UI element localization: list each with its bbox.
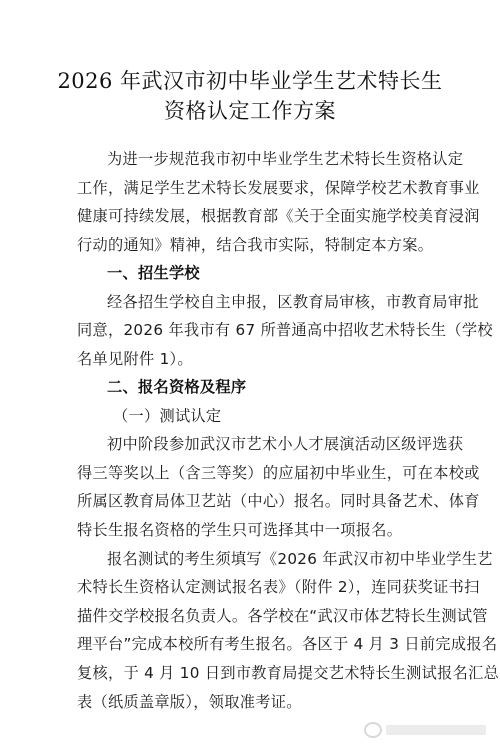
section-2-para-1-line: 得三等奖以上（含三等奖）的应届初中毕业生，可在本校或 bbox=[77, 459, 417, 488]
section-2-para-2-line: 描件交学校报名负责人。各学校在“武汉市体艺特长生测试管 bbox=[77, 602, 417, 631]
section-2-para-1-line: 特长生报名资格的学生只可选择其中一项报名。 bbox=[77, 516, 417, 545]
intro-line: 行动的通知》精神，结合我市实际，特制定本方案。 bbox=[77, 231, 417, 260]
section-2-para-2-line: 理平台”完成本校所有考生报名。各区于 4 月 3 日前完成报名 bbox=[77, 630, 417, 659]
section-1-line: 同意，2026 年我市有 67 所普通高中招收艺术特长生（学校 bbox=[77, 316, 417, 345]
section-2-para-2-line: 表（纸质盖章版），领取准考证。 bbox=[77, 688, 417, 717]
section-1-heading: 一、招生学校 bbox=[77, 259, 417, 288]
section-2-para-2-line: 复核，于 4 月 10 日到市教育局提交艺术特长生测试报名汇总 bbox=[77, 659, 417, 688]
section-2-para-1-line: 所属区教育局体卫艺站（中心）报名。同时具备艺术、体育 bbox=[77, 487, 417, 516]
section-2: 二、报名资格及程序 （一）测试认定 初中阶段参加武汉市艺术小人才展演活动区级评选… bbox=[77, 373, 417, 716]
watermark-text bbox=[386, 725, 486, 735]
section-2-para-2-line: 术特长生资格认定测试报名表》（附件 2），连同获奖证书扫 bbox=[77, 573, 417, 602]
weibo-icon bbox=[364, 722, 382, 738]
document-title-line-1: 2026 年武汉市初中毕业学生艺术特长生 bbox=[0, 65, 500, 95]
section-2-subheading: （一）测试认定 bbox=[77, 402, 417, 431]
section-1-line: 名单见附件 1）。 bbox=[77, 345, 417, 374]
section-1-line: 经各招生学校自主申报，区教育局审核，市教育局审批 bbox=[77, 288, 417, 317]
document-title-line-2: 资格认定工作方案 bbox=[0, 95, 500, 125]
section-2-heading: 二、报名资格及程序 bbox=[77, 373, 417, 402]
section-1: 一、招生学校 经各招生学校自主申报，区教育局审核，市教育局审批 同意，2026 … bbox=[77, 259, 417, 373]
intro-line: 工作，满足学生艺术特长发展要求，保障学校艺术教育事业 bbox=[77, 174, 417, 203]
intro-line: 为进一步规范我市初中毕业学生艺术特长生资格认定 bbox=[77, 145, 417, 174]
watermark bbox=[364, 722, 486, 738]
intro-line: 健康可持续发展，根据教育部《关于全面实施学校美育浸润 bbox=[77, 202, 417, 231]
section-2-para-2-line: 报名测试的考生须填写《2026 年武汉市初中毕业学生艺 bbox=[77, 545, 417, 574]
section-2-para-1-line: 初中阶段参加武汉市艺术小人才展演活动区级评选获 bbox=[77, 430, 417, 459]
intro-paragraph: 为进一步规范我市初中毕业学生艺术特长生资格认定 工作，满足学生艺术特长发展要求，… bbox=[77, 145, 417, 259]
